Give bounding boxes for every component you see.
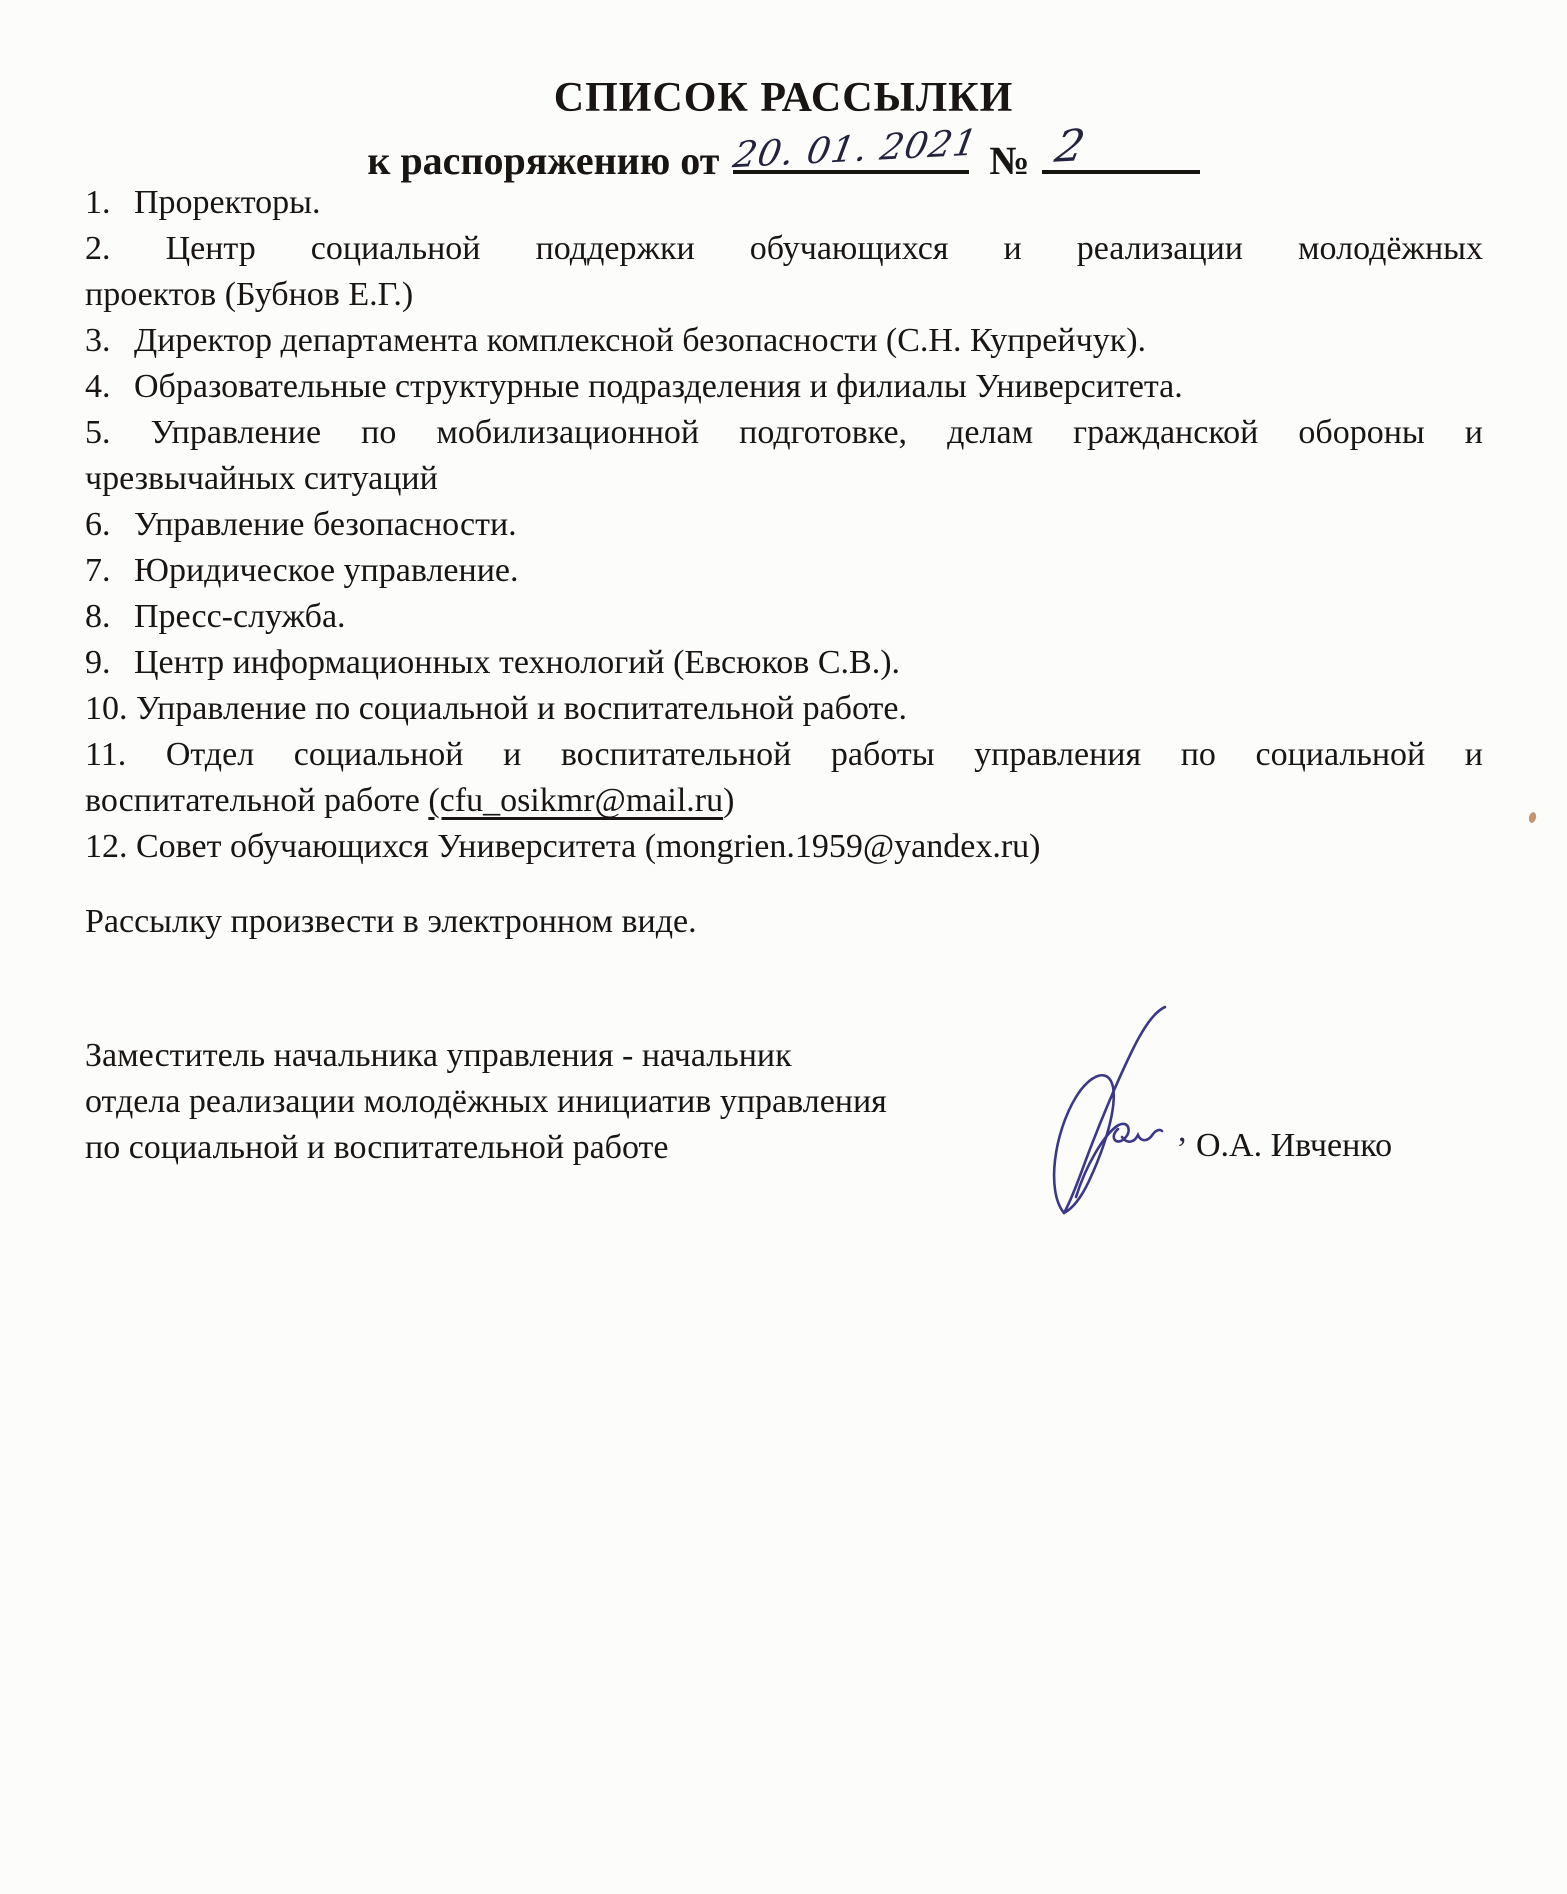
signatory-position-line: Заместитель начальника управления - нача… — [85, 1033, 887, 1079]
list-item-text: Совет обучающихся Университета (mongrien… — [136, 828, 1041, 865]
list-item-line: проектов (Бубнов Е.Г.) — [85, 272, 1483, 318]
list-item-line: воспитательной работе (cfu_osikmr@mail.r… — [85, 778, 1483, 824]
list-item-line: 4. Образовательные структурные подраздел… — [85, 364, 1483, 410]
list-item-number: 7. — [85, 552, 111, 589]
list-item-text: Управление по мобилизационной подготовке… — [151, 414, 1483, 451]
list-item-number: 3. — [85, 322, 111, 359]
signatory-position-line: отдела реализации молодёжных инициатив у… — [85, 1079, 887, 1125]
list-item-number: 8. — [85, 598, 111, 635]
list-item-number: 9. — [85, 644, 111, 681]
document-title: СПИСОК РАССЫЛКИ — [0, 74, 1567, 122]
list-item-text: Проректоры. — [134, 184, 320, 221]
list-item-text: воспитательной работе — [85, 782, 428, 819]
list-item-number: 10. — [85, 690, 128, 727]
list-item-line: 5. Управление по мобилизационной подгото… — [85, 410, 1483, 456]
list-item-text: Центр информационных технологий (Евсюков… — [134, 644, 900, 681]
list-item-number: 11. — [85, 736, 126, 773]
list-item-line: 2. Центр социальной поддержки обучающихс… — [85, 226, 1483, 272]
document-subtitle: к распоряжению от 20. 01. 2021 № 2 — [0, 124, 1567, 184]
stray-comma-mark: , — [1178, 1112, 1187, 1150]
list-item-text: проектов (Бубнов Е.Г.) — [85, 276, 413, 313]
list-item-number: 5. — [85, 414, 111, 451]
list-item-text: Отдел социальной и воспитательной работы… — [166, 736, 1483, 773]
list-item-text: Центр социальной поддержки обучающихся и… — [166, 230, 1483, 267]
email-link[interactable]: (cfu_osikmr@mail.ru — [428, 782, 723, 819]
list-item-line: чрезвычайных ситуаций — [85, 456, 1483, 502]
list-item-text: Пресс-служба. — [134, 598, 346, 635]
list-item-line: 8. Пресс-служба. — [85, 594, 1483, 640]
list-item-line: 6. Управление безопасности. — [85, 502, 1483, 548]
signatory-position: Заместитель начальника управления - нача… — [85, 1033, 887, 1171]
paper-speck-artifact — [1528, 811, 1537, 823]
handwritten-date: 20. 01. 2021 — [730, 123, 981, 177]
number-blank-line: 2 — [1042, 124, 1200, 174]
scanned-document-page: СПИСОК РАССЫЛКИ к распоряжению от 20. 01… — [0, 0, 1567, 1894]
subtitle-prefix: к распоряжению от — [367, 137, 719, 184]
signatory-position-line: по социальной и воспитательной работе — [85, 1125, 887, 1171]
signature-strokes — [1054, 1007, 1165, 1213]
handwritten-signature-icon — [1010, 985, 1180, 1225]
list-item-line: 10. Управление по социальной и воспитате… — [85, 686, 1483, 732]
handwritten-number: 2 — [1051, 120, 1088, 172]
list-item-text: Образовательные структурные подразделени… — [134, 368, 1183, 405]
distribution-note: Рассылку произвести в электронном виде. — [85, 903, 697, 941]
list-item-line: 11. Отдел социальной и воспитательной ра… — [85, 732, 1483, 778]
list-item-number: 4. — [85, 368, 111, 405]
list-item-number: 2. — [85, 230, 111, 267]
list-item-line: 12. Совет обучающихся Университета (mong… — [85, 824, 1483, 870]
list-item-text: Управление безопасности. — [134, 506, 517, 543]
date-blank-line: 20. 01. 2021 — [733, 124, 969, 174]
list-item-number: 6. — [85, 506, 111, 543]
number-sign: № — [989, 137, 1029, 184]
list-item-text: Юридическое управление. — [134, 552, 519, 589]
list-item-line: 9. Центр информационных технологий (Евсю… — [85, 640, 1483, 686]
list-item-text: чрезвычайных ситуаций — [85, 460, 438, 497]
list-item-text: Управление по социальной и воспитательно… — [136, 690, 907, 727]
list-item-line: 7. Юридическое управление. — [85, 548, 1483, 594]
list-item-line: 3. Директор департамента комплексной без… — [85, 318, 1483, 364]
list-item-text: Директор департамента комплексной безопа… — [134, 322, 1146, 359]
distribution-list: 1. Проректоры.2. Центр социальной поддер… — [85, 180, 1483, 870]
list-item-number: 12. — [85, 828, 128, 865]
list-item-text: ) — [723, 782, 734, 819]
list-item-number: 1. — [85, 184, 111, 221]
signatory-name: О.А. Ивченко — [1196, 1127, 1392, 1165]
list-item-line: 1. Проректоры. — [85, 180, 1483, 226]
